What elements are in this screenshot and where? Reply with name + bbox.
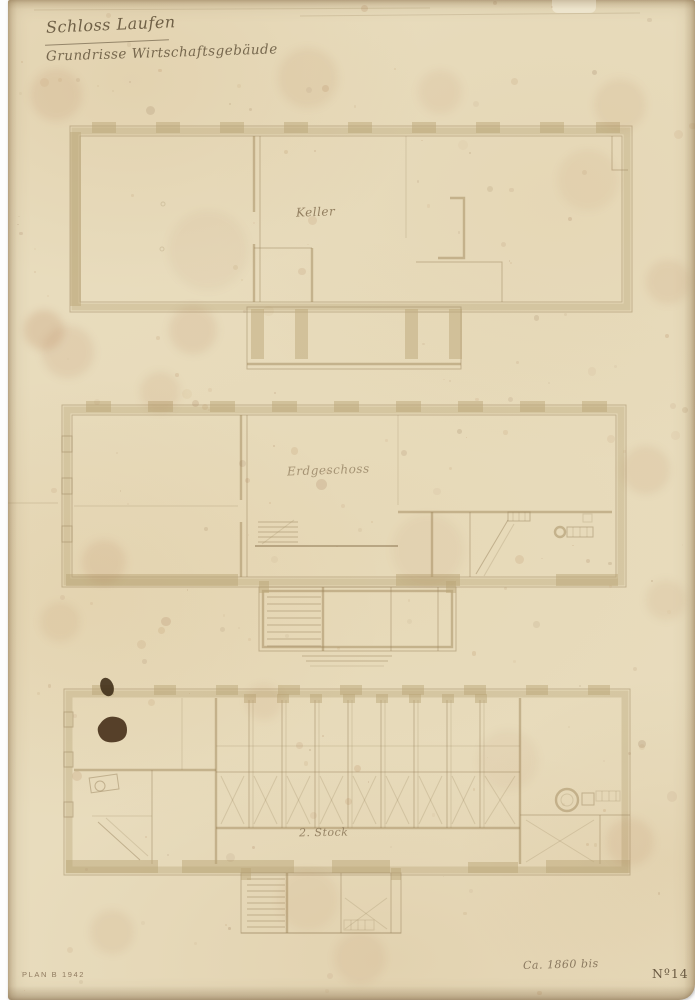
erdgeschoss-right-rooms — [398, 512, 612, 577]
stall-partitions — [244, 694, 487, 828]
stock-top-piers — [92, 685, 610, 695]
date-annotation: Ca. 1860 bis — [523, 957, 599, 972]
erdgeschoss-stairwell-annex — [259, 581, 456, 666]
stock-plan-drawing — [64, 685, 630, 933]
scanned-plan-sheet: Schloss Laufen Grundrisse Wirtschaftsgeb… — [0, 0, 695, 1000]
erdgeschoss-plan-drawing — [62, 401, 626, 666]
stock-stairwell-annex — [241, 868, 401, 933]
stock-left-rooms — [74, 698, 216, 864]
archive-stamp: PLAN B 1942 — [22, 970, 85, 979]
keller-label: Keller — [296, 204, 336, 219]
ink-blots — [98, 676, 127, 742]
keller-top-piers — [92, 122, 620, 133]
keller-plan-drawing — [70, 122, 632, 369]
stock-label: 2. Stock — [299, 826, 349, 840]
paper-sheet: Schloss Laufen Grundrisse Wirtschaftsgeb… — [8, 0, 695, 1000]
erdgeschoss-top-piers — [86, 401, 607, 412]
keller-stair-porch — [247, 307, 462, 369]
sheet-number: Nº14 — [652, 966, 689, 981]
stall-cross-braces — [221, 776, 515, 824]
ink-blot-large — [98, 717, 127, 743]
floor-plans-drawing — [8, 0, 695, 1000]
erdgeschoss-inner-stair — [258, 520, 298, 544]
erdgeschoss-label: Erdgeschoss — [287, 462, 370, 479]
paper-marks — [8, 8, 640, 503]
stock-right-room — [520, 789, 630, 864]
